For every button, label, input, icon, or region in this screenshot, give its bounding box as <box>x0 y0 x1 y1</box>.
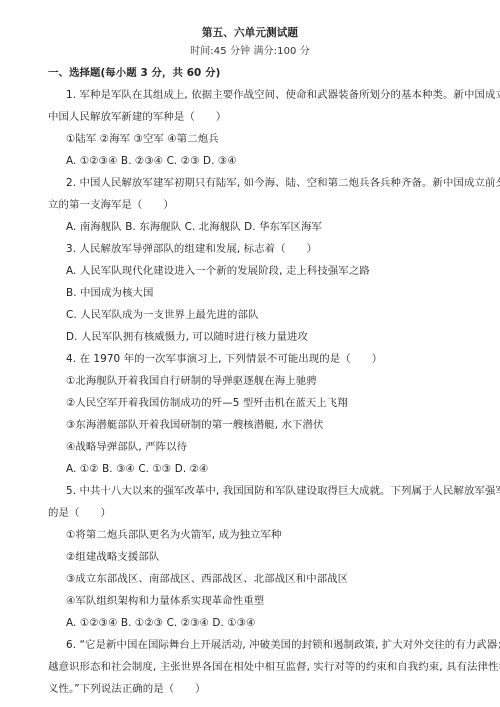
question-6-stem-line-2: 越意识形态和社会制度, 主张世界各国在相处中相互监督, 实行对等的约束和自我约束… <box>48 660 500 674</box>
question-6-stem-line-3: 义性。”下列说法正确的是（ ） <box>48 682 206 696</box>
question-3-option-a: A. 人民军队现代化建设进入一个新的发展阶段, 走上科技强军之路 <box>66 264 370 278</box>
question-1-stem-line-2: 中国人民解放军新建的军种是（ ） <box>48 110 226 124</box>
question-5-choices: A. ①②③④ B. ①②③ C. ②③④ D. ①③④ <box>66 616 256 630</box>
question-4-item-2: ②人民空军开着我国仿制成功的歼—5 型歼击机在蓝天上飞翔 <box>66 396 348 410</box>
question-2-choices: A. 南海舰队 B. 东海舰队 C. 北海舰队 D. 华东军区海军 <box>66 220 322 234</box>
question-1-stem-line-1: 1. 军种是军队在其组成上, 依据主要作战空间、使命和武器装备所划分的基本种类。… <box>66 88 500 102</box>
question-5-stem-line-2: 的是（ ） <box>48 506 111 520</box>
question-5-item-2: ②组建战略支援部队 <box>66 550 159 564</box>
question-4-item-3: ③东海潜艇部队开着我国研制的第一艘核潜艇, 水下潜伏 <box>66 418 324 432</box>
question-6-stem-line-1: 6. “它是新中国在国际舞台上开展活动, 冲破美国的封锁和遏制政策, 扩大对外交… <box>66 638 500 652</box>
question-4-item-1: ①北海舰队开着我国自行研制的导弹驱逐舰在海上驰骋 <box>66 374 317 388</box>
question-4-stem: 4. 在 1970 年的一次军事演习上, 下列情景不可能出现的是（ ） <box>66 352 382 366</box>
question-3-stem: 3. 人民解放军导弹部队的组建和发展, 标志着（ ） <box>66 242 317 256</box>
page-title: 第五、六单元测试题 <box>0 26 500 40</box>
exam-meta: 时间:45 分钟 满分:100 分 <box>0 45 500 59</box>
section-heading: 一、选择题(每小题 3 分，共 60 分) <box>48 66 220 80</box>
question-3-option-c: C. 人民军队成为一支世界上最先进的部队 <box>66 308 259 322</box>
question-2-stem-line-2: 立的第一支海军是（ ） <box>48 198 174 212</box>
question-1-items: ①陆军 ②海军 ③空军 ④第二炮兵 <box>66 132 219 146</box>
question-2-stem-line-1: 2. 中国人民解放军建军初期只有陆军, 如今海、陆、空和第二炮兵各兵种齐备。新中… <box>66 176 500 190</box>
question-1-choices: A. ①②③④ B. ②③④ C. ②③ D. ③④ <box>66 154 237 168</box>
question-5-stem-line-1: 5. 中共十八大以来的强军改革中, 我国国防和军队建设取得巨大成就。下列属于人民… <box>66 484 500 498</box>
question-3-option-d: D. 人民军队拥有核威慑力, 可以随时进行核力量进攻 <box>66 330 308 344</box>
question-5-item-3: ③成立东部战区、南部战区、西部战区、北部战区和中部战区 <box>66 572 348 586</box>
question-3-option-b: B. 中国成为核大国 <box>66 286 153 300</box>
question-4-choices: A. ①② B. ③④ C. ①③ D. ②④ <box>66 462 208 476</box>
question-5-item-4: ④军队组织架构和力量体系实现革命性重塑 <box>66 594 264 608</box>
question-4-item-4: ④战略导弹部队, 严阵以待 <box>66 440 187 454</box>
question-5-item-1: ①将第二炮兵部队更名为火箭军, 成为独立军种 <box>66 528 282 542</box>
